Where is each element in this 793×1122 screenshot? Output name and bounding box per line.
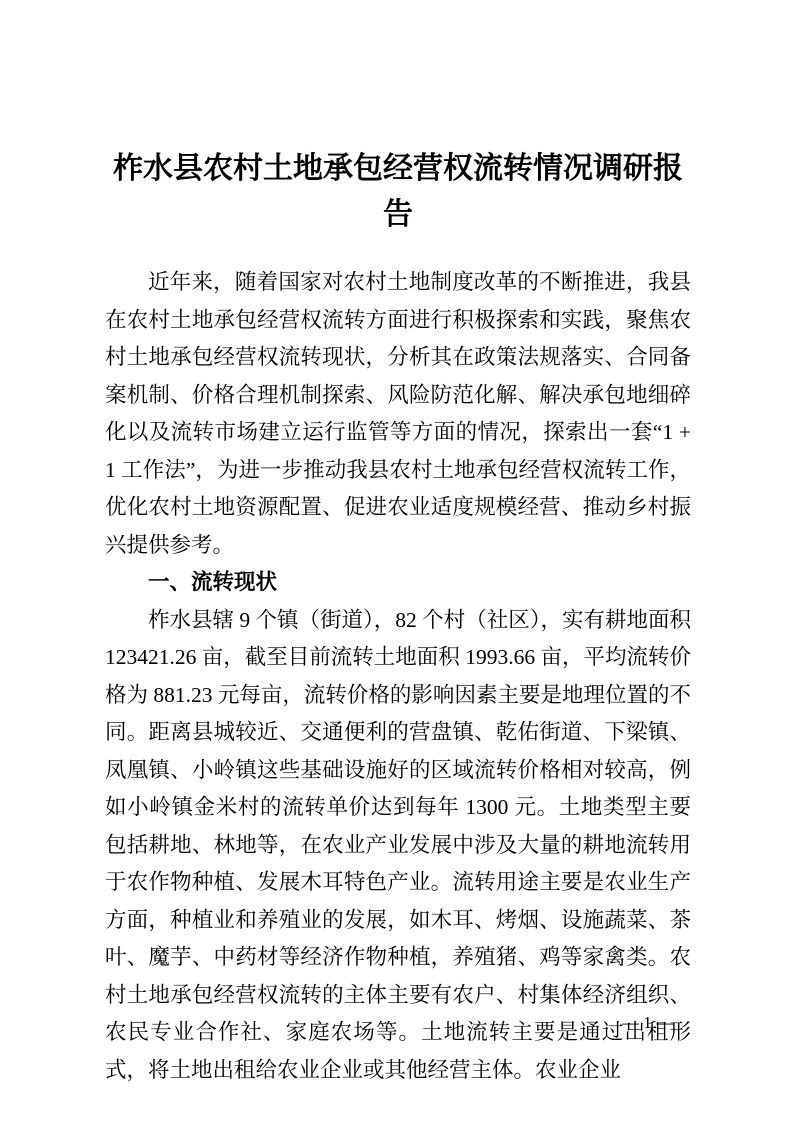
- paragraph-intro: 近年来，随着国家对农村土地制度改革的不断推进，我县在农村土地承包经营权流转方面进…: [105, 264, 691, 564]
- section-heading-transfer-status: 一、流转现状: [105, 564, 691, 602]
- paragraph-transfer-status: 柞水县辖 9 个镇（街道），82 个村（社区），实有耕地面积 123421.26…: [105, 602, 691, 1090]
- document-page: 柞水县农村土地承包经营权流转情况调研报告 近年来，随着国家对农村土地制度改革的不…: [0, 0, 793, 1122]
- document-content: 柞水县农村土地承包经营权流转情况调研报告 近年来，随着国家对农村土地制度改革的不…: [105, 146, 691, 1089]
- page-number: — 1 —: [622, 1012, 673, 1034]
- document-title: 柞水县农村土地承包经营权流转情况调研报告: [105, 146, 691, 238]
